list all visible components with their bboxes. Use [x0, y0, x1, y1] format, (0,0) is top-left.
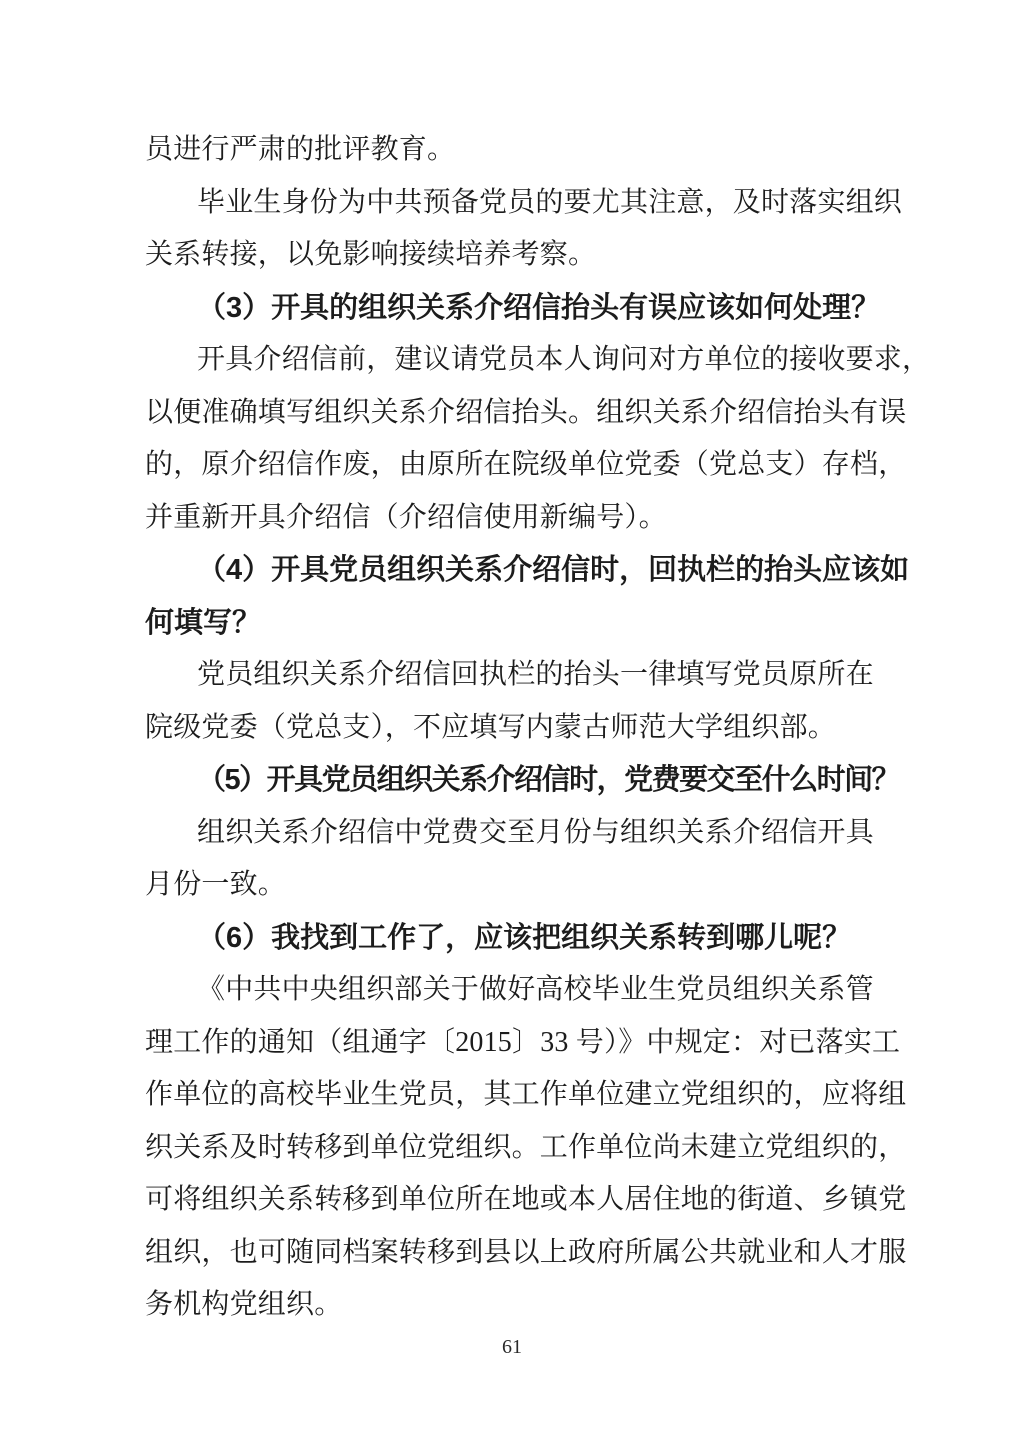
question-3-heading: （3）开具的组织关系介绍信抬头有误应该如何处理？: [145, 282, 905, 335]
question-4-heading-cont: 何填写？: [145, 597, 905, 650]
body-line: 院级党委（党总支），不应填写内蒙古师范大学组织部。: [145, 702, 905, 755]
document-page: 员进行严肃的批评教育。 毕业生身份为中共预备党员的要尤其注意，及时落实组织 关系…: [0, 0, 1024, 1448]
body-line: 组织关系介绍信中党费交至月份与组织关系介绍信开具: [145, 807, 905, 860]
body-line: 关系转接，以免影响接续培养考察。: [145, 229, 905, 282]
body-line: 织关系及时转移到单位党组织。工作单位尚未建立党组织的，: [145, 1122, 905, 1175]
body-line: 务机构党组织。: [145, 1279, 905, 1332]
body-line: 员进行严肃的批评教育。: [145, 124, 905, 177]
body-line: 的，原介绍信作废，由原所在院级单位党委（党总支）存档，: [145, 439, 905, 492]
body-line: 《中共中央组织部关于做好高校毕业生党员组织关系管: [145, 964, 905, 1017]
body-line: 并重新开具介绍信（介绍信使用新编号）。: [145, 492, 905, 545]
body-line: 可将组织关系转移到单位所在地或本人居住地的街道、乡镇党: [145, 1174, 905, 1227]
page-number: 61: [0, 1336, 1024, 1359]
body-line: 开具介绍信前，建议请党员本人询问对方单位的接收要求，: [145, 334, 905, 387]
question-4-heading: （4）开具党员组织关系介绍信时，回执栏的抬头应该如: [145, 544, 905, 597]
body-line: 月份一致。: [145, 859, 905, 912]
document-body: 员进行严肃的批评教育。 毕业生身份为中共预备党员的要尤其注意，及时落实组织 关系…: [145, 124, 905, 1332]
body-line: 以便准确填写组织关系介绍信抬头。组织关系介绍信抬头有误: [145, 387, 905, 440]
body-line: 理工作的通知（组通字〔2015〕33 号）》中规定：对已落实工: [145, 1017, 905, 1070]
body-line: 作单位的高校毕业生党员，其工作单位建立党组织的，应将组: [145, 1069, 905, 1122]
question-5-heading: （5）开具党员组织关系介绍信时，党费要交至什么时间？: [145, 754, 905, 807]
body-line: 毕业生身份为中共预备党员的要尤其注意，及时落实组织: [145, 177, 905, 230]
body-line: 组织，也可随同档案转移到县以上政府所属公共就业和人才服: [145, 1227, 905, 1280]
question-6-heading: （6）我找到工作了，应该把组织关系转到哪儿呢？: [145, 912, 905, 965]
body-line: 党员组织关系介绍信回执栏的抬头一律填写党员原所在: [145, 649, 905, 702]
